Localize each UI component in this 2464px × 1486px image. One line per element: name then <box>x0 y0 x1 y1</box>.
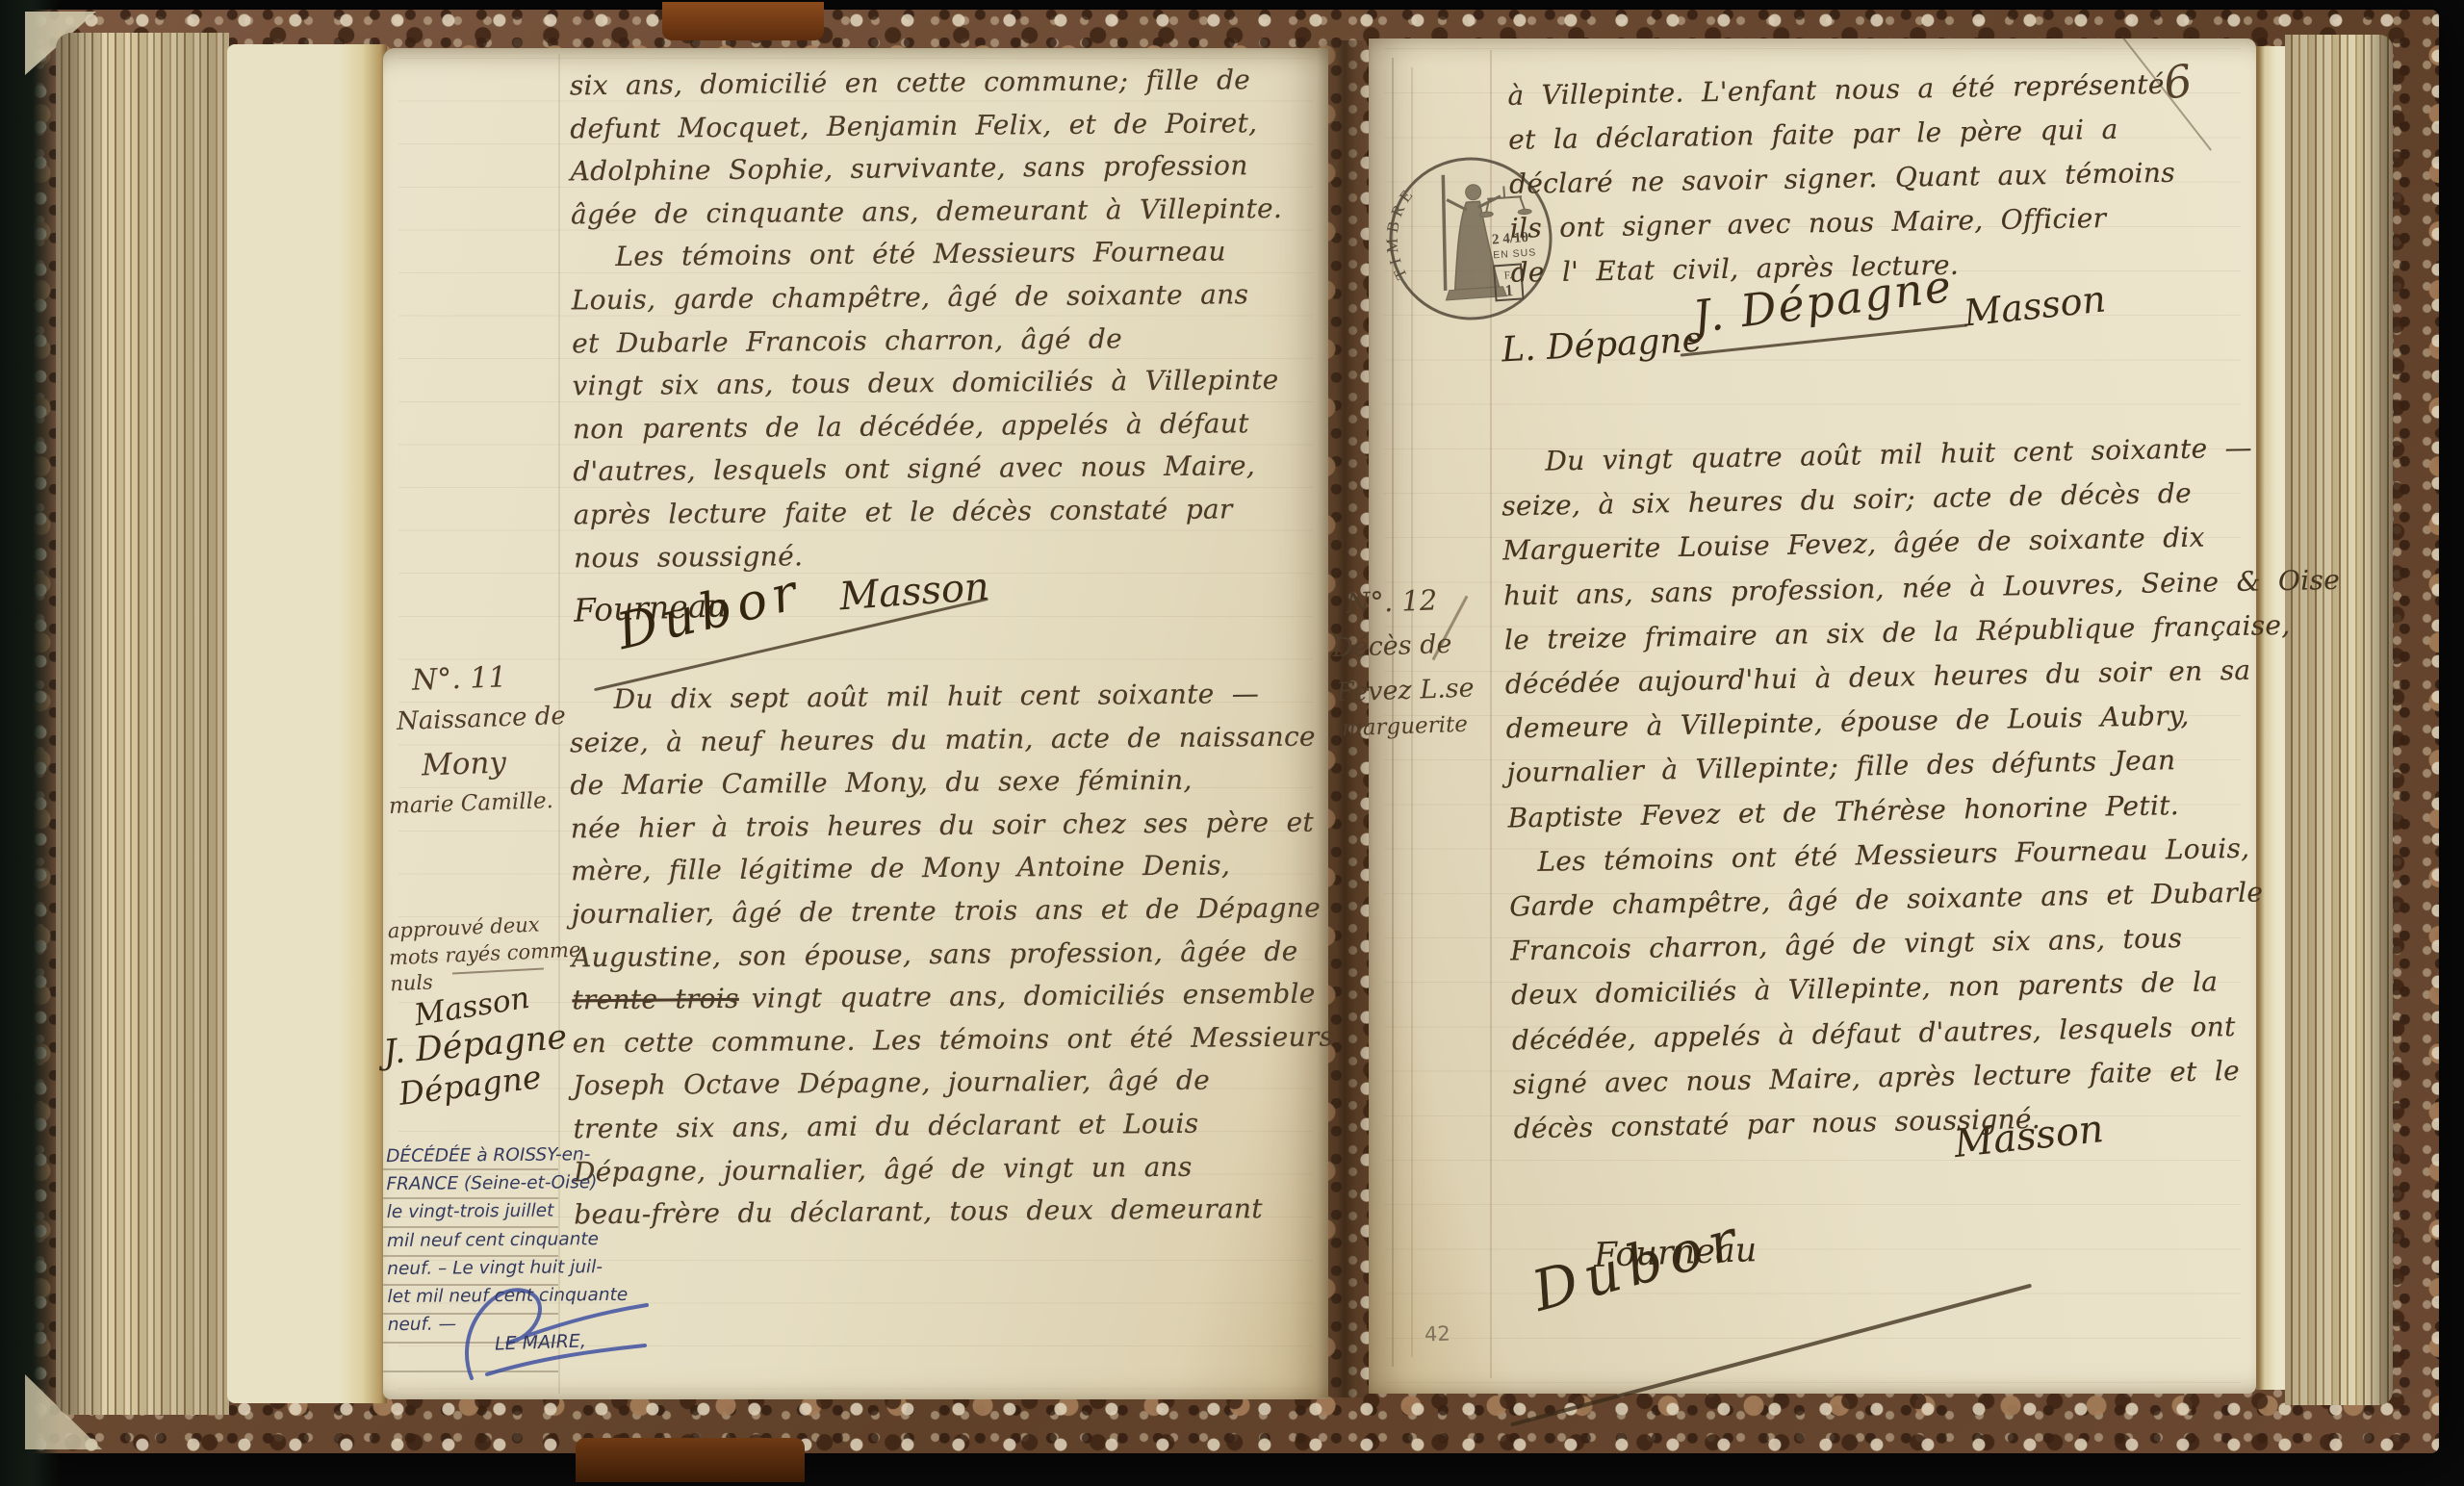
struck-words: trente trois <box>572 983 739 1016</box>
margin-death-mention-note: DÉCÉDÉE à ROISSY-en-FRANCE (Seine-et-Ois… <box>386 1140 628 1340</box>
corrected-words: vingt quatre ans, domiciliés ensemble <box>752 978 1316 1014</box>
text-line: six ans, domicilié en cette commune; fil… <box>570 59 1311 108</box>
text-line: mère, fille légitime de Mony Antoine Den… <box>571 844 1312 893</box>
page-edge-stack-right <box>2285 35 2393 1405</box>
text-line: beau-frère du déclarant, tous deux demeu… <box>574 1188 1315 1237</box>
text-line: Du dix sept août mil huit cent soixante … <box>569 673 1310 722</box>
text-line: defunt Mocquet, Benjamin Felix, et de Po… <box>570 101 1311 150</box>
margin-record-name: Mony <box>421 745 506 782</box>
spine-head <box>662 2 824 40</box>
text-line: neuf. – Le vingt huit juil- <box>387 1253 628 1283</box>
act-11-lines-a: Du dix sept août mil huit cent soixante … <box>569 673 1313 980</box>
text-line: après lecture faite et le décès constaté… <box>574 488 1315 537</box>
text-line: Joseph Octave Dépagne, journalier, âgé d… <box>573 1059 1314 1108</box>
act-11-lines-b: en cette commune. Les témoins ont été Me… <box>573 1015 1316 1237</box>
text-line: journalier, âgé de trente trois ans et d… <box>571 887 1312 936</box>
text-line: et Dubarle Francois charron, âgé de <box>572 316 1313 365</box>
text-line: de Marie Camille Mony, du sexe féminin, <box>570 758 1311 807</box>
text-line: âgée de cinquante ans, demeurant à Ville… <box>571 187 1312 236</box>
text-line: Louis, garde champêtre, âgé de soixante … <box>572 273 1313 322</box>
pencil-folio-number: 42 <box>1424 1322 1451 1346</box>
underlying-page-left <box>227 44 387 1403</box>
text-line: vingt six ans, tous deux domiciliés à Vi… <box>572 359 1313 408</box>
right-page-act-11-end-text: à Villepinte. L'enfant nous a été représ… <box>1507 61 2262 295</box>
text-line-with-strikethrough: trente troisvingt quatre ans, domiciliés… <box>572 973 1313 1022</box>
text-line: mil neuf cent cinquante <box>387 1225 628 1255</box>
text-line: en cette commune. Les témoins ont été Me… <box>573 1015 1314 1064</box>
text-line: let mil neuf cent cinquante <box>387 1281 628 1311</box>
scanned-register-spread: six ans, domicilié en cette commune; fil… <box>0 0 2464 1486</box>
margin-record-firstname: marguerite <box>1342 712 1469 742</box>
text-line: le vingt-trois juillet <box>387 1196 628 1226</box>
text-line: Adolphine Sophie, survivante, sans profe… <box>570 144 1311 193</box>
margin-approval-note: approuvé deuxmots rayés commenuls <box>387 910 582 998</box>
margin-record-name: Fevez L.se <box>1336 674 1476 708</box>
left-page-previous-act-text: six ans, domicilié en cette commune; fil… <box>570 59 1316 580</box>
text-line: Dépagne, journalier, âgé de vingt un ans <box>574 1144 1315 1193</box>
page-edge-stack-left <box>56 33 229 1415</box>
text-line: seize, à neuf heures du matin, acte de n… <box>570 715 1311 764</box>
text-line: d'autres, lesquels ont signé avec nous M… <box>573 445 1314 494</box>
text-line: DÉCÉDÉE à ROISSY-en- <box>386 1140 627 1170</box>
spine-tail <box>576 1438 805 1482</box>
margin-mayor-label: LE MAIRE, <box>495 1330 587 1354</box>
left-page-act-11-text: Du dix sept août mil huit cent soixante … <box>569 673 1315 1237</box>
margin-record-number-11: N°. 11 <box>411 660 507 697</box>
text-line: née hier à trois heures du soir chez ses… <box>571 801 1312 850</box>
text-line: trente six ans, ami du déclarant et Loui… <box>573 1102 1314 1151</box>
text-line: non parents de la décédée, appelés à déf… <box>573 401 1314 450</box>
cover-cloth-edge <box>0 0 60 1486</box>
text-line: Les témoins ont été Messieurs Fourneau <box>571 230 1312 279</box>
right-page-act-12-text: Du vingt quatre août mil huit cent soixa… <box>1501 426 2265 1152</box>
margin-record-title: Naissance de <box>397 702 567 736</box>
margin-record-number-12: N°. 12 <box>1345 583 1437 619</box>
text-line: Augustine, son épouse, sans profession, … <box>572 930 1313 979</box>
text-line: FRANCE (Seine-et-Oise) <box>386 1168 627 1198</box>
